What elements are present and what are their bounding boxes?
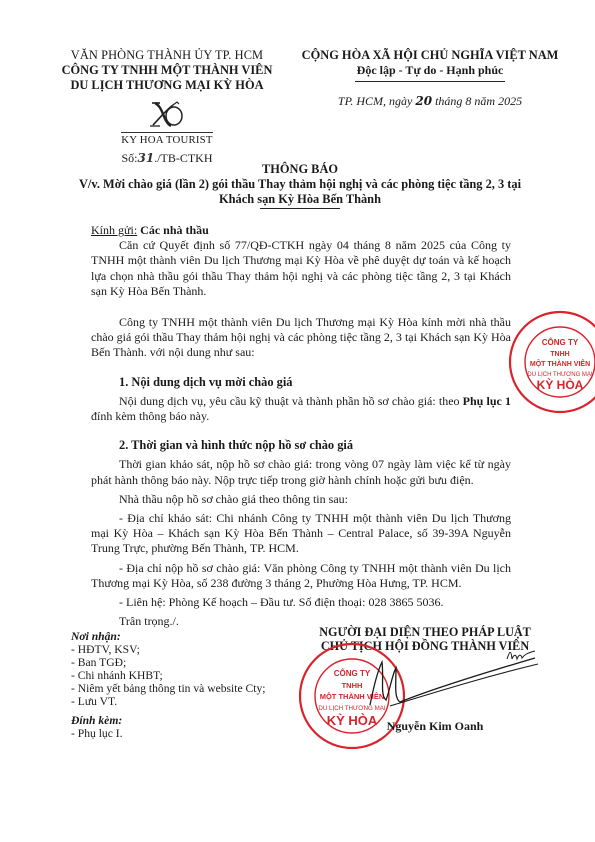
svg-text:TNHH: TNHH xyxy=(550,351,569,358)
company-name-line2: DU LỊCH THƯƠNG MẠI KỲ HÒA xyxy=(52,78,282,93)
title-underline xyxy=(260,208,340,209)
issue-date: TP. HCM, ngày 20 tháng 8 năm 2025 xyxy=(290,94,570,109)
company-name-line1: CÔNG TY TNHH MỘT THÀNH VIÊN xyxy=(52,63,282,78)
contact-info: - Liên hệ: Phòng Kế hoạch – Đầu tư. Số đ… xyxy=(91,595,511,610)
survey-address: - Địa chỉ khảo sát: Chi nhánh Công ty TN… xyxy=(91,511,511,557)
national-header: CỘNG HÒA XÃ HỘI CHỦ NGHĨA VIỆT NAM Độc l… xyxy=(290,48,570,109)
recipient-item: - Chi nhánh KHBT; xyxy=(71,669,311,682)
notice-heading: THÔNG BÁO xyxy=(60,162,540,177)
greeting: Kính gửi: Các nhà thầu xyxy=(91,223,511,238)
notice-title: THÔNG BÁO V/v. Mời chào giá (lần 2) gói … xyxy=(60,162,540,209)
paragraph-invitation: Công ty TNHH một thành viên Du lịch Thươ… xyxy=(91,315,511,361)
attachment-item: - Phụ lục I. xyxy=(71,727,311,740)
attachments-heading: Đính kèm: xyxy=(71,714,311,727)
ky-hoa-logo-icon xyxy=(147,99,187,129)
svg-text:KỲ HÒA: KỲ HÒA xyxy=(537,377,584,392)
section-1-text: Nội dung dịch vụ, yêu cầu kỹ thuật và th… xyxy=(91,394,511,424)
section-2-intro: Nhà thầu nộp hồ sơ chào giá theo thông t… xyxy=(91,492,511,507)
paragraph-basis: Căn cứ Quyết định số 77/QĐ-CTKH ngày 04 … xyxy=(91,238,511,299)
section-1-title: 1. Nội dung dịch vụ mời chào giá xyxy=(91,375,511,390)
subject-line2: Khách sạn Kỳ Hòa Bến Thành xyxy=(60,192,540,207)
section-2-title: 2. Thời gian và hình thức nộp hồ sơ chào… xyxy=(91,438,511,453)
issuer-header: VĂN PHÒNG THÀNH ỦY TP. HCM CÔNG TY TNHH … xyxy=(52,48,282,166)
recipient-item: - Lưu VT. xyxy=(71,695,311,708)
submission-address: - Địa chỉ nộp hồ sơ chào giá: Văn phòng … xyxy=(91,561,511,591)
brand-name: KY HOA TOURIST xyxy=(121,132,212,146)
recipients-block: Nơi nhận: - HĐTV, KSV; - Ban TGĐ; - Chi … xyxy=(71,630,311,740)
section-2-time: Thời gian khảo sát, nộp hồ sơ chào giá: … xyxy=(91,457,511,487)
company-seal-side: CÔNG TY TNHH MỘT THÀNH VIÊN DU LỊCH THƯƠ… xyxy=(505,307,595,417)
initials-mark xyxy=(505,645,545,665)
recipient-item: - Niêm yết bảng thông tin và website Cty… xyxy=(71,682,311,695)
recipient-item: - HĐTV, KSV; xyxy=(71,643,311,656)
country-name: CỘNG HÒA XÃ HỘI CHỦ NGHĨA VIỆT NAM xyxy=(290,48,570,63)
recipients-heading: Nơi nhận: xyxy=(71,630,311,643)
svg-text:CÔNG TY: CÔNG TY xyxy=(542,338,579,347)
motto-underline xyxy=(355,81,505,82)
national-motto: Độc lập - Tự do - Hạnh phúc xyxy=(290,63,570,78)
recipient-item: - Ban TGĐ; xyxy=(71,656,311,669)
signatory-role: NGƯỜI ĐẠI DIỆN THEO PHÁP LUẬT xyxy=(290,625,560,639)
notice-body: Kính gửi: Các nhà thầu Căn cứ Quyết định… xyxy=(91,223,511,629)
signer-name: Nguyễn Kim Oanh xyxy=(335,719,535,734)
svg-text:MỘT THÀNH VIÊN: MỘT THÀNH VIÊN xyxy=(530,359,590,368)
handwritten-day: 20 xyxy=(415,94,432,108)
subject-line1: V/v. Mời chào giá (lần 2) gói thầu Thay … xyxy=(60,177,540,192)
parent-org: VĂN PHÒNG THÀNH ỦY TP. HCM xyxy=(52,48,282,63)
